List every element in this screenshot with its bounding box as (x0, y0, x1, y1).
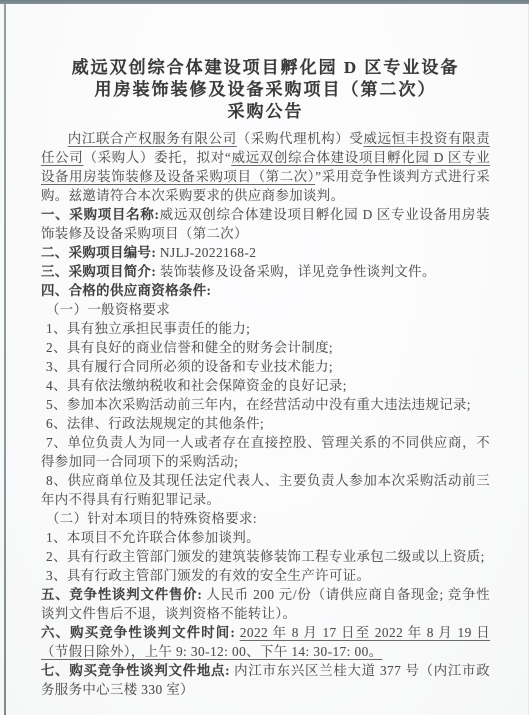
scan-edge-left (4, 4, 6, 715)
text-segment: 3、具有履行合同所必须的设备和专业技术能力; (46, 359, 333, 374)
page-title: 威远双创综合体建设项目孵化园 D 区专业设备 用房装饰装修及设备采购项目（第二次… (41, 57, 490, 123)
paragraph: 四、合格的供应商资格条件: (41, 281, 490, 300)
scan-edge-top (0, 0, 529, 4)
text-segment: 装饰装修及设备采购，详见竞争性谈判文件。 (156, 264, 436, 279)
text-segment: 1、本项目不允许联合体参加谈判。 (46, 530, 260, 545)
paragraph: 6、法律、行政法规规定的其他条件; (41, 414, 490, 433)
text-segment: 2、具有良好的商业信誉和健全的财务会计制度; (46, 340, 333, 355)
text-segment: 6、法律、行政法规规定的其他条件; (46, 416, 264, 431)
text-segment: NJLJ-2022168-2 (156, 245, 256, 260)
text-segment: 3、具有行政主管部门颁发的有效的安全生产许可证。 (46, 568, 370, 583)
text-segment: 7、单位负责人为同一人或者存在直接控股、管理关系的不同供应商，不得参加同一合同项… (41, 435, 490, 469)
text-segment: 8、供应商单位及其现任法定代表人、主要负责人参加本次采购活动前三年内不得具有行贿… (41, 473, 490, 507)
text-segment: 1、具有独立承担民事责任的能力; (46, 321, 250, 336)
document-body: 内江联合产权服务有限公司（采购代理机构）受威远恒丰投资有限责任公司（采购人）委托… (41, 129, 490, 699)
paragraph: 7、单位负责人为同一人或者存在直接控股、管理关系的不同供应商，不得参加同一合同项… (41, 433, 490, 471)
page-title-line-2: 用房装饰装修及设备采购项目（第二次） (41, 79, 490, 101)
text-segment: 二、采购项目编号: (41, 245, 156, 260)
text-segment: 内江联合产权服务有限公司 (68, 131, 237, 146)
text-segment: （采购代理机构）受 (237, 131, 364, 146)
page-title-line-1: 威远双创综合体建设项目孵化园 D 区专业设备 (41, 57, 490, 79)
paragraph: （一）一般资格要求 (41, 300, 490, 319)
paragraph: （二）针对本项目的特殊资格要求: (41, 509, 490, 528)
text-segment: （二）针对本项目的特殊资格要求: (46, 511, 257, 526)
paragraph: 5、参加本次采购活动前三年内，在经营活动中没有重大违法违规记录; (41, 395, 490, 414)
paragraph: 五、竞争性谈判文件售价: 人民币 200 元/份（请供应商自备现金; 竞争性谈判… (41, 585, 490, 623)
paragraph: 2、具有行政主管部门颁发的建筑装修装饰工程专业承包二级或以上资质; (41, 547, 490, 566)
paragraph: 七、购买竞争性谈判文件地点: 内江市东兴区兰桂大道 377 号（内江市政务服务中… (41, 661, 490, 699)
text-segment: （一）一般资格要求 (46, 302, 170, 317)
paragraph: 3、具有行政主管部门颁发的有效的安全生产许可证。 (41, 566, 490, 585)
text-segment: 5、参加本次采购活动前三年内，在经营活动中没有重大违法违规记录; (46, 397, 471, 412)
text-segment: 4、具有依法缴纳税收和社会保障资金的良好记录; (46, 378, 347, 393)
text-segment: （采购人）委托，拟对“ (83, 150, 231, 165)
text-segment: 三、采购项目简介: (41, 264, 156, 279)
paragraph: 3、具有履行合同所必须的设备和专业技术能力; (41, 357, 490, 376)
text-segment: 七、购买竞争性谈判文件地点: (41, 663, 230, 678)
paragraph: 三、采购项目简介: 装饰装修及设备采购，详见竞争性谈判文件。 (41, 262, 490, 281)
text-segment: 2、具有行政主管部门颁发的建筑装修装饰工程专业承包二级或以上资质; (46, 549, 485, 564)
text-segment: 一、采购项目名称: (41, 207, 159, 222)
text-segment: 五、竞争性谈判文件售价: (41, 587, 202, 602)
paragraph: 1、本项目不允许联合体参加谈判。 (41, 528, 490, 547)
scanned-document-page: 威远双创综合体建设项目孵化园 D 区专业设备 用房装饰装修及设备采购项目（第二次… (0, 0, 529, 715)
paragraph: 2、具有良好的商业信誉和健全的财务会计制度; (41, 338, 490, 357)
paragraph: 4、具有依法缴纳税收和社会保障资金的良好记录; (41, 376, 490, 395)
text-segment: 四、合格的供应商资格条件: (41, 283, 211, 298)
paragraph: 内江联合产权服务有限公司（采购代理机构）受威远恒丰投资有限责任公司（采购人）委托… (41, 129, 490, 205)
paragraph: 六、购买竞争性谈判文件时间: 2022 年 8 月 17 日至 2022 年 8… (41, 623, 490, 661)
page-title-line-3: 采购公告 (41, 101, 490, 123)
text-segment: 六、购买竞争性谈判文件时间: (41, 625, 235, 640)
paragraph: 1、具有独立承担民事责任的能力; (41, 319, 490, 338)
paragraph: 二、采购项目编号: NJLJ-2022168-2 (41, 243, 490, 262)
paragraph: 一、采购项目名称:威远双创综合体建设项目孵化园 D 区专业设备用房装饰装修及设备… (41, 205, 490, 243)
document-content: 威远双创综合体建设项目孵化园 D 区专业设备 用房装饰装修及设备采购项目（第二次… (41, 57, 490, 699)
paragraph: 8、供应商单位及其现任法定代表人、主要负责人参加本次采购活动前三年内不得具有行贿… (41, 471, 490, 509)
